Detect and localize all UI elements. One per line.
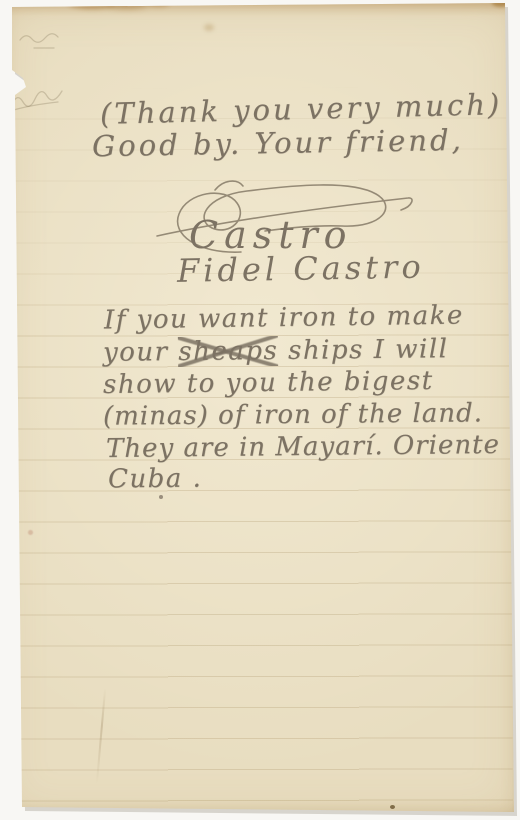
signature-block: Castro Fidel Castro <box>145 170 425 288</box>
small-stain-spot <box>204 24 214 31</box>
postscript-line-5: They are in Mayarí. Oriente <box>106 430 500 464</box>
postscript-line-3: show to you the bigest <box>103 366 434 400</box>
postscript-line-2-post: ships I will <box>278 334 448 366</box>
top-right-stain <box>492 0 510 7</box>
top-edge-stain <box>106 0 148 9</box>
top-edge-stain <box>68 0 116 9</box>
crossed-out-word: sheaps <box>178 336 278 367</box>
postscript-line-1: If you want iron to make <box>104 300 464 335</box>
postscript-line-2-pre: your <box>103 337 179 368</box>
postscript-line-4: (minas) of iron of the land. <box>103 398 483 431</box>
letter-paper: (Thank you very much) Good by. Your frie… <box>0 0 520 820</box>
postscript-line-2: your sheaps ships I will <box>103 334 449 368</box>
postscript-line-6: Cuba . <box>108 464 203 495</box>
scanned-letter-page: (Thank you very much) Good by. Your frie… <box>0 0 520 820</box>
signature-full-name: Fidel Castro <box>176 248 425 288</box>
paper-speck <box>390 805 395 809</box>
top-edge-stain <box>146 0 170 7</box>
closing-line-2: Good by. Your friend, <box>92 123 464 163</box>
